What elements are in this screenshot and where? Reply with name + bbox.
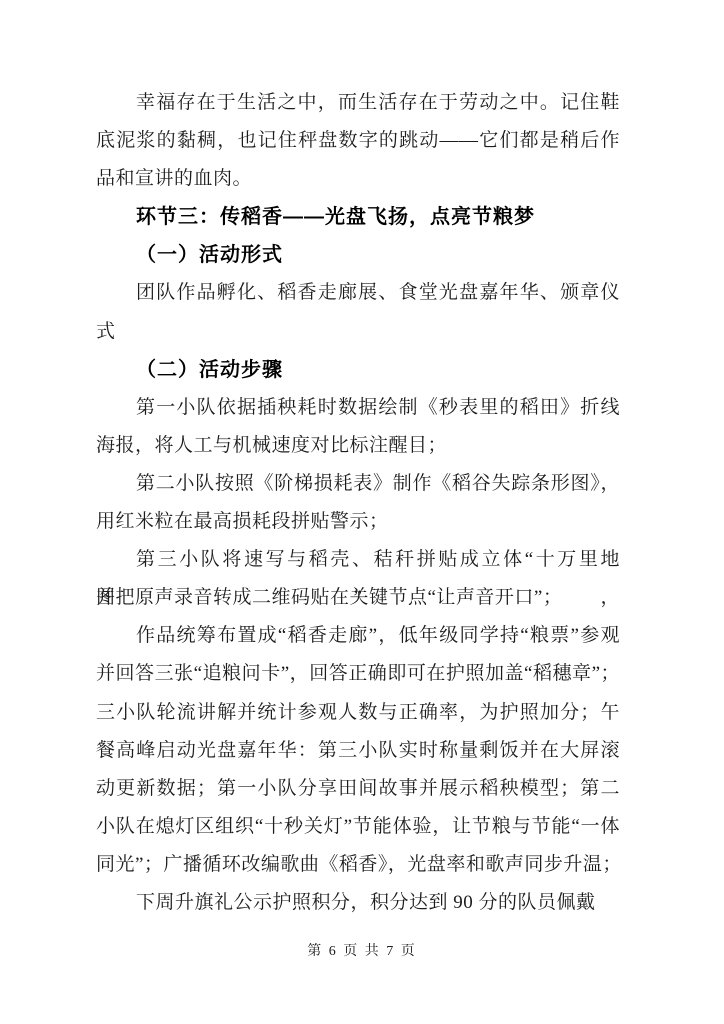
page-number-text: 第 6 页 共 7 页 <box>307 944 417 959</box>
body-paragraph: 作品统筹布置成“稻香走廊”，低年级同学持“粮票”参观并回答三张“追粮问卡”，回答… <box>96 617 620 884</box>
document-page: 幸福存在于生活之中，而生活存在于劳动之中。记住鞋底泥浆的黏稠，也记住秤盘数字的跳… <box>0 0 724 1024</box>
text-line: 并回答三张“追粮问卡”，回答正确即可在护照加盖“稻穗章”； <box>96 655 620 693</box>
text-line: 底泥浆的黏稠，也记住秤盘数字的跳动——它们都是稍后作 <box>96 122 620 160</box>
text-line: 下周升旗礼公示护照积分，积分达到 90 分的队员佩戴 <box>96 884 620 922</box>
text-line: 式 <box>96 313 620 351</box>
text-line: 第三小队将速写与稻壳、秸秆拼贴成立体“十万里地图”， <box>96 541 620 579</box>
section-heading: 环节三：传稻香——光盘飞扬，点亮节粮梦 <box>96 198 620 236</box>
text-line: 团队作品孵化、稻香走廊展、食堂光盘嘉年华、颁章仪 <box>96 274 620 312</box>
text-line: 第二小队按照《阶梯损耗表》制作《稻谷失踪条形图》， <box>96 465 620 503</box>
text-line: 海报，将人工与机械速度对比标注醒目； <box>96 427 620 465</box>
text-line: 同光”；广播循环改编歌曲《稻香》，光盘率和歌声同步升温； <box>96 846 620 884</box>
text-line: 幸福存在于生活之中，而生活存在于劳动之中。记住鞋 <box>96 84 620 122</box>
section-heading: （一）活动形式 <box>96 236 620 274</box>
text-line: 品和宣讲的血肉。 <box>96 160 620 198</box>
text-line: 并把原声录音转成二维码贴在关键节点“让声音开口”； <box>96 579 620 617</box>
text-block: 幸福存在于生活之中，而生活存在于劳动之中。记住鞋底泥浆的黏稠，也记住秤盘数字的跳… <box>96 84 620 922</box>
section-heading: （二）活动步骤 <box>96 351 620 389</box>
text-line: 小队在熄灯区组织“十秒关灯”节能体验，让节粮与节能“一体 <box>96 808 620 846</box>
text-line: 用红米粒在最高损耗段拼贴警示； <box>96 503 620 541</box>
body-paragraph: 团队作品孵化、稻香走廊展、食堂光盘嘉年华、颁章仪式 <box>96 274 620 350</box>
text-line: 三小队轮流讲解并统计参观人数与正确率，为护照加分；午 <box>96 694 620 732</box>
text-line: 动更新数据；第一小队分享田间故事并展示稻秧模型；第二 <box>96 770 620 808</box>
body-paragraph: 下周升旗礼公示护照积分，积分达到 90 分的队员佩戴 <box>96 884 620 922</box>
body-paragraph: 第一小队依据插秧耗时数据绘制《秒表里的稻田》折线海报，将人工与机械速度对比标注醒… <box>96 389 620 465</box>
body-paragraph: 幸福存在于生活之中，而生活存在于劳动之中。记住鞋底泥浆的黏稠，也记住秤盘数字的跳… <box>96 84 620 198</box>
text-line: 第一小队依据插秧耗时数据绘制《秒表里的稻田》折线 <box>96 389 620 427</box>
body-paragraph: 第三小队将速写与稻壳、秸秆拼贴成立体“十万里地图”，并把原声录音转成二维码贴在关… <box>96 541 620 617</box>
text-line: 环节三：传稻香——光盘飞扬，点亮节粮梦 <box>96 198 620 236</box>
text-line: （一）活动形式 <box>96 236 620 274</box>
text-line: （二）活动步骤 <box>96 351 620 389</box>
text-line: 作品统筹布置成“稻香走廊”，低年级同学持“粮票”参观 <box>96 617 620 655</box>
text-line: 餐高峰启动光盘嘉年华：第三小队实时称量剩饭并在大屏滚 <box>96 732 620 770</box>
page-footer: 第 6 页 共 7 页 <box>0 940 724 960</box>
body-paragraph: 第二小队按照《阶梯损耗表》制作《稻谷失踪条形图》，用红米粒在最高损耗段拼贴警示； <box>96 465 620 541</box>
